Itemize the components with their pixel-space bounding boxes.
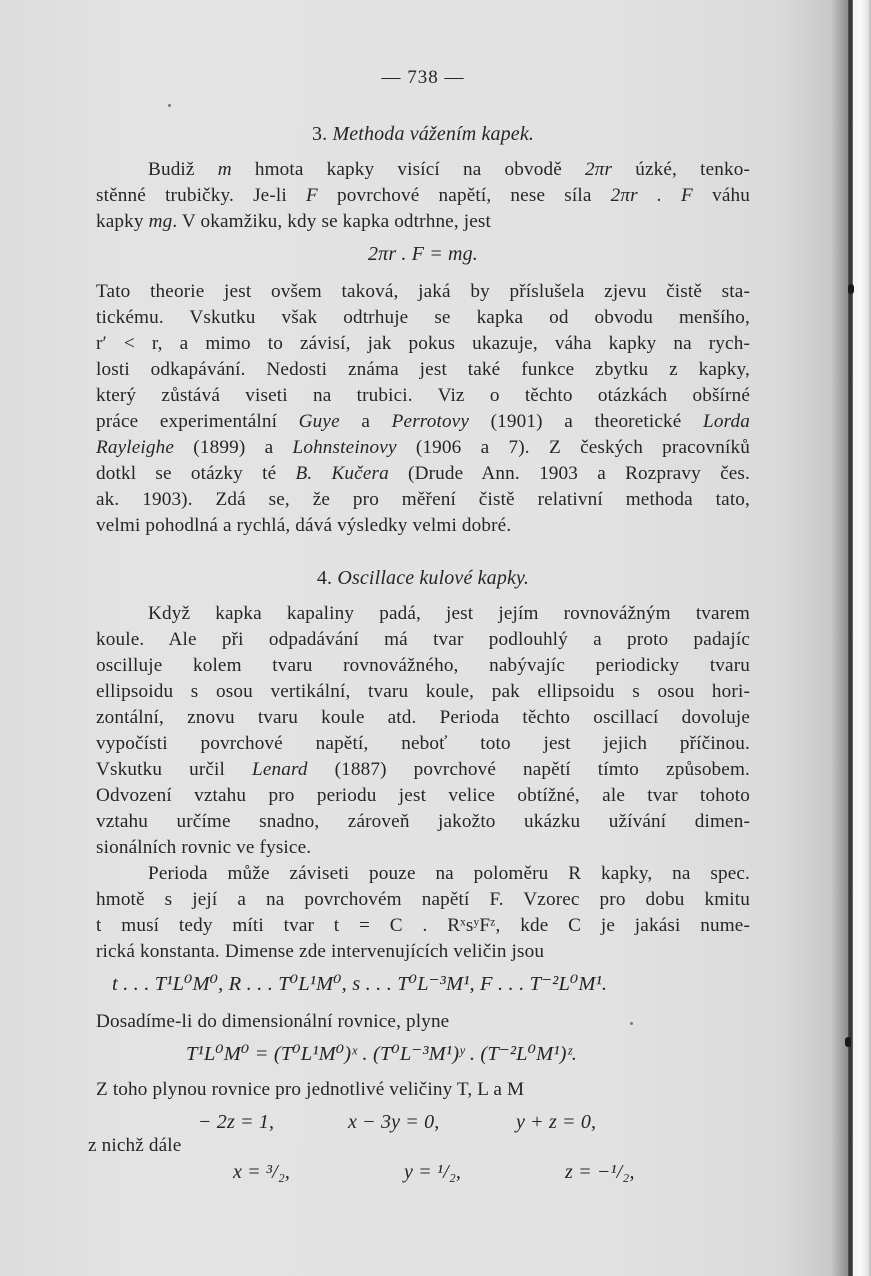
paragraph-line: rická konstanta. Dimense zde intervenují… <box>96 940 750 964</box>
solution-x: x = ³/₂, <box>233 1160 290 1184</box>
page-mark <box>848 284 854 294</box>
paragraph-line: Rayleighe (1899) a Lohnsteinovy (1906 a … <box>96 436 750 460</box>
next-page-edge <box>853 0 871 1276</box>
equation-system-2: x − 3y = 0, <box>348 1110 439 1134</box>
paragraph-line: Dosadíme-li do dimensionální rovnice, pl… <box>96 1010 449 1034</box>
speck <box>168 104 171 107</box>
paragraph-line: z nichž dále <box>88 1134 181 1158</box>
paragraph-line: r′ < r, a mimo to závisí, jak pokus ukaz… <box>96 332 750 356</box>
paragraph-line: který zůstává viseti na trubici. Viz o t… <box>96 384 750 408</box>
paragraph-line: t musí tedy míti tvar t = C . RˣsʸFᶻ, kd… <box>96 914 750 938</box>
paragraph-line: Perioda může záviseti pouze na poloměru … <box>96 862 750 886</box>
paragraph-line: koule. Ale při odpadávání má tvar podlou… <box>96 628 750 652</box>
paragraph-line: hmotě s její a na povrchovém napětí F. V… <box>96 888 750 912</box>
paragraph-line: losti odkapávání. Nedosti známa jest tak… <box>96 358 750 382</box>
equation-system-3: y + z = 0, <box>516 1110 596 1134</box>
paragraph-line: Tato theorie jest ovšem taková, jaká by … <box>96 280 750 304</box>
heading-title: Oscillace kulové kapky. <box>337 567 529 589</box>
paragraph-line: oscilluje kolem tvaru rovnovážného, nabý… <box>96 654 750 678</box>
paragraph-line: Z toho plynou rovnice pro jednotlivé vel… <box>96 1078 524 1102</box>
speck <box>630 1022 633 1025</box>
paragraph-line: vypočísti povrchové napětí, neboť toto j… <box>96 732 750 756</box>
paragraph-line: Když kapka kapaliny padá, jest jejím rov… <box>96 602 750 626</box>
paragraph-line: Vskutku určil Lenard (1887) povrchové na… <box>96 758 750 782</box>
paragraph-line: sionálních rovnic ve fysice. <box>96 836 750 860</box>
paragraph-line: práce experimentální Guye a Perrotovy (1… <box>96 410 750 434</box>
section-heading-3: 3. Methoda vážením kapek. <box>96 122 750 146</box>
heading-title: Methoda vážením kapek. <box>332 123 534 145</box>
dimensions-equation: t . . . T¹L⁰M⁰, R . . . T⁰L¹M⁰, s . . . … <box>112 972 607 996</box>
page-number: — 738 — <box>96 66 750 90</box>
equation-system-1: − 2z = 1, <box>198 1110 274 1134</box>
paragraph-line: vztahu určíme snadno, zároveň jakožto uk… <box>96 810 750 834</box>
page-mark <box>845 1037 851 1047</box>
paragraph-line: zontální, znovu tvaru koule atd. Perioda… <box>96 706 750 730</box>
paragraph-line: dotkl se otázky té B. Kučera (Drude Ann.… <box>96 462 750 486</box>
paragraph-line: ak. 1903). Zdá se, že pro měření čistě r… <box>96 488 750 512</box>
solution-z: z = −¹/₂, <box>565 1160 635 1184</box>
paragraph-line: kapky mg. V okamžiku, kdy se kapka odtrh… <box>96 210 750 234</box>
solution-y: y = ¹/₂, <box>404 1160 461 1184</box>
section-heading-4: 4. Oscillace kulové kapky. <box>96 566 750 590</box>
paragraph-line: Budiž m hmota kapky visící na obvodě 2πr… <box>96 158 750 182</box>
heading-number: 3. <box>312 123 327 145</box>
paragraph-line: Odvození vztahu pro periodu jest velice … <box>96 784 750 808</box>
paragraph-line: ellipsoidu s osou vertikální, tvaru koul… <box>96 680 750 704</box>
heading-number: 4. <box>317 567 332 589</box>
equation: 2πr . F = mg. <box>96 242 750 266</box>
paragraph-line: velmi pohodlná a rychlá, dává výsledky v… <box>96 514 750 538</box>
paragraph-line: stěnné trubičky. Je-li F povrchové napět… <box>96 184 750 208</box>
paragraph-line: tickému. Vskutku však odtrhuje se kapka … <box>96 306 750 330</box>
dimensional-equation: T¹L⁰M⁰ = (T⁰L¹M⁰)ˣ . (T⁰L⁻³M¹)ʸ . (T⁻²L⁰… <box>186 1042 577 1066</box>
